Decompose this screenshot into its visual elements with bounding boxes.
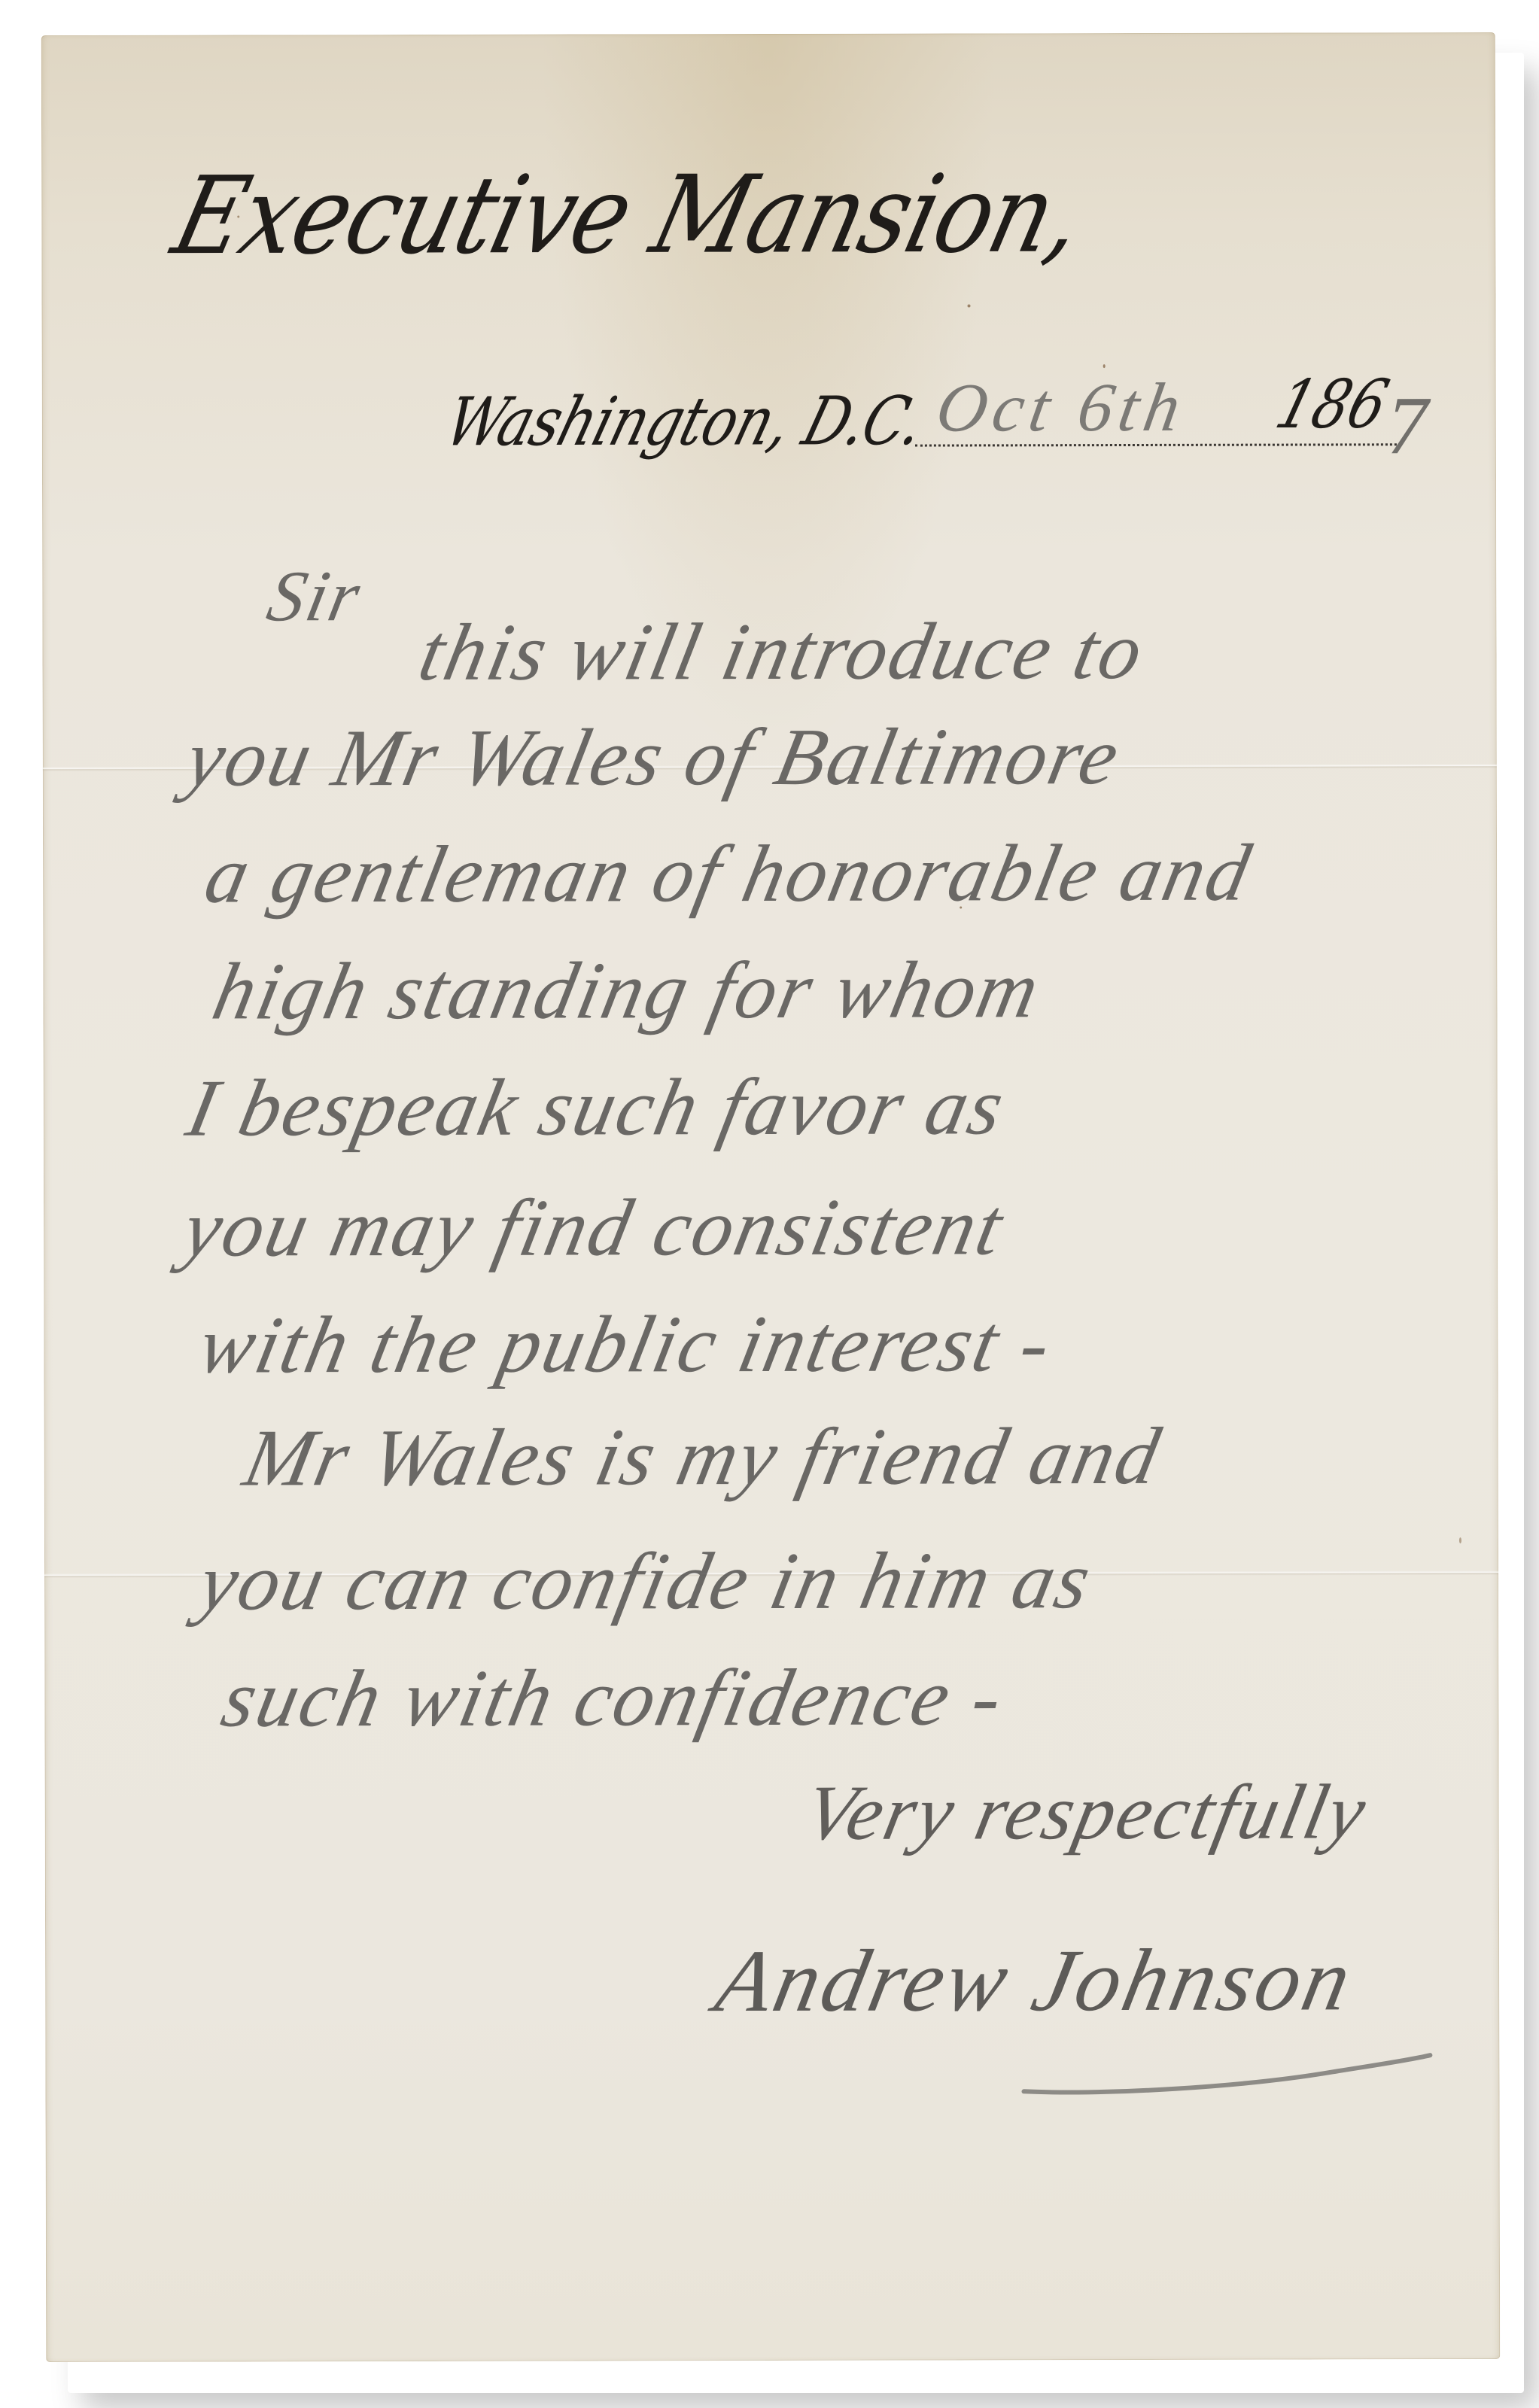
salutation: Sir: [260, 554, 369, 637]
date-line: Washington, D.C. Oct 6th 186 7: [437, 394, 1397, 461]
body-line: you may find consistent: [175, 1181, 1012, 1275]
body-line: a gentleman of honorable and: [197, 827, 1260, 923]
body-line: high standing for whom: [205, 944, 1049, 1038]
letter-sheet: Executive Mansion, Washington, D.C. Oct …: [41, 32, 1500, 2362]
handwritten-date: Oct 6th: [930, 367, 1192, 448]
closing: Very respectfully: [798, 1767, 1376, 1858]
body-line: such with confidence -: [214, 1651, 1013, 1746]
body-line: this will introduce to: [412, 605, 1153, 700]
foxing-speck: [1459, 1537, 1461, 1543]
body-line: with the public interest -: [191, 1297, 1061, 1392]
body-line: you can confide in him as: [191, 1534, 1100, 1630]
date-dotted-line: Oct 6th 186 7: [915, 394, 1397, 446]
letterhead-title: Executive Mansion,: [162, 152, 1093, 278]
letterhead-place: Washington, D.C.: [437, 382, 932, 461]
signature-flourish: [1016, 2049, 1437, 2102]
signature: Andrew Johnson: [707, 1929, 1362, 2033]
handwritten-year-digit: 7: [1387, 378, 1428, 473]
body-line: Mr Wales is my friend and: [236, 1410, 1169, 1506]
printed-year-prefix: 186: [1267, 366, 1396, 444]
body-line: I bespeak such favor as: [179, 1060, 1014, 1155]
body-line: you Mr Wales of Baltimore: [178, 710, 1129, 806]
foxing-speck: [968, 304, 971, 307]
